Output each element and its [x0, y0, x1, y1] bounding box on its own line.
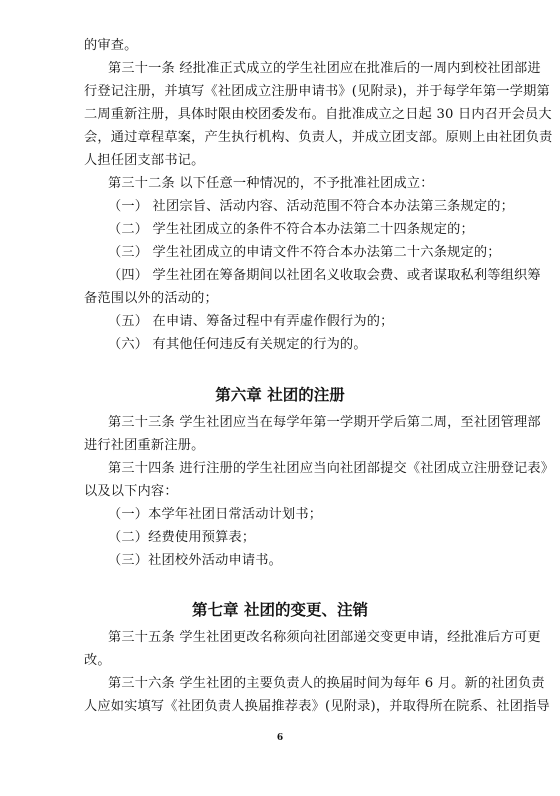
article-32-line-1: 第三十二条 以下任意一种情况的，不予批准社团成立：	[108, 176, 434, 192]
article-32-item-4-cont: 备范围以外的活动的；	[84, 291, 218, 307]
chapter-6-heading: 第六章 社团的注册	[0, 386, 560, 404]
text-line: 的审查。	[84, 38, 138, 54]
article-32-item-5: （五） 在申请、筹备过程中有弄虚作假行为的；	[108, 314, 394, 330]
article-32-item-3: （三） 学生社团成立的申请文件不符合本办法第二十六条规定的；	[108, 245, 501, 261]
article-31-line-1: 第三十一条 经批准正式成立的学生社团应在批准后的一周内到校社团部进	[108, 61, 541, 77]
article-32-item-1: （一） 社团宗旨、活动内容、活动范围不符合本办法第三条规定的；	[108, 199, 514, 215]
article-36-line-2: 人应如实填写《社团负责人换届推荐表》(见附录)，并取得所在院系、社团指导	[84, 699, 550, 715]
article-34-line-2: 以及以下内容：	[84, 484, 178, 500]
article-34-line-1: 第三十四条 进行注册的学生社团应当向社团部提交《社团成立注册登记表》	[108, 461, 554, 477]
article-32-item-2: （二） 学生社团成立的条件不符合本办法第二十四条规定的；	[108, 222, 474, 238]
article-35-line-1: 第三十五条 学生社团更改名称须向社团部递交变更申请，经批准后方可更	[108, 630, 541, 646]
chapter-7-heading: 第七章 社团的变更、注销	[0, 601, 560, 619]
article-34-item-2: （二）经费使用预算表；	[108, 530, 255, 546]
article-34-item-3: （三）社团校外活动申请书。	[108, 553, 282, 569]
article-31-line-2: 行登记注册，并填写《社团成立注册申请书》(见附录)，并于每学年第一学期第	[84, 84, 550, 100]
article-33-line-2: 进行社团重新注册。	[84, 438, 205, 454]
article-33-line-1: 第三十三条 学生社团应当在每学年第一学期开学后第二周，至社团管理部	[108, 415, 541, 431]
article-31-line-3: 二周重新注册，具体时限由校团委发布。自批准成立之日起 30 日内召开会员大	[84, 107, 552, 123]
article-31-line-5: 人担任团支部书记。	[84, 153, 205, 169]
article-34-item-1: （一）本学年社团日常活动计划书；	[108, 507, 322, 523]
article-32-item-6: （六） 有其他任何违反有关规定的行为的。	[108, 337, 367, 353]
article-35-line-2: 改。	[84, 653, 111, 669]
document-page: 的审查。 第三十一条 经批准正式成立的学生社团应在批准后的一周内到校社团部进 行…	[0, 0, 560, 796]
article-31-line-4: 会，通过章程草案，产生执行机构、负责人，并成立团支部。原则上由社团负责	[84, 130, 553, 146]
page-number: 6	[0, 733, 560, 743]
article-32-item-4: （四） 学生社团在筹备期间以社团名义收取会费、或者谋取私利等组织筹	[108, 268, 541, 284]
article-36-line-1: 第三十六条 学生社团的主要负责人的换届时间为每年 6 月。新的社团负责	[108, 676, 545, 692]
